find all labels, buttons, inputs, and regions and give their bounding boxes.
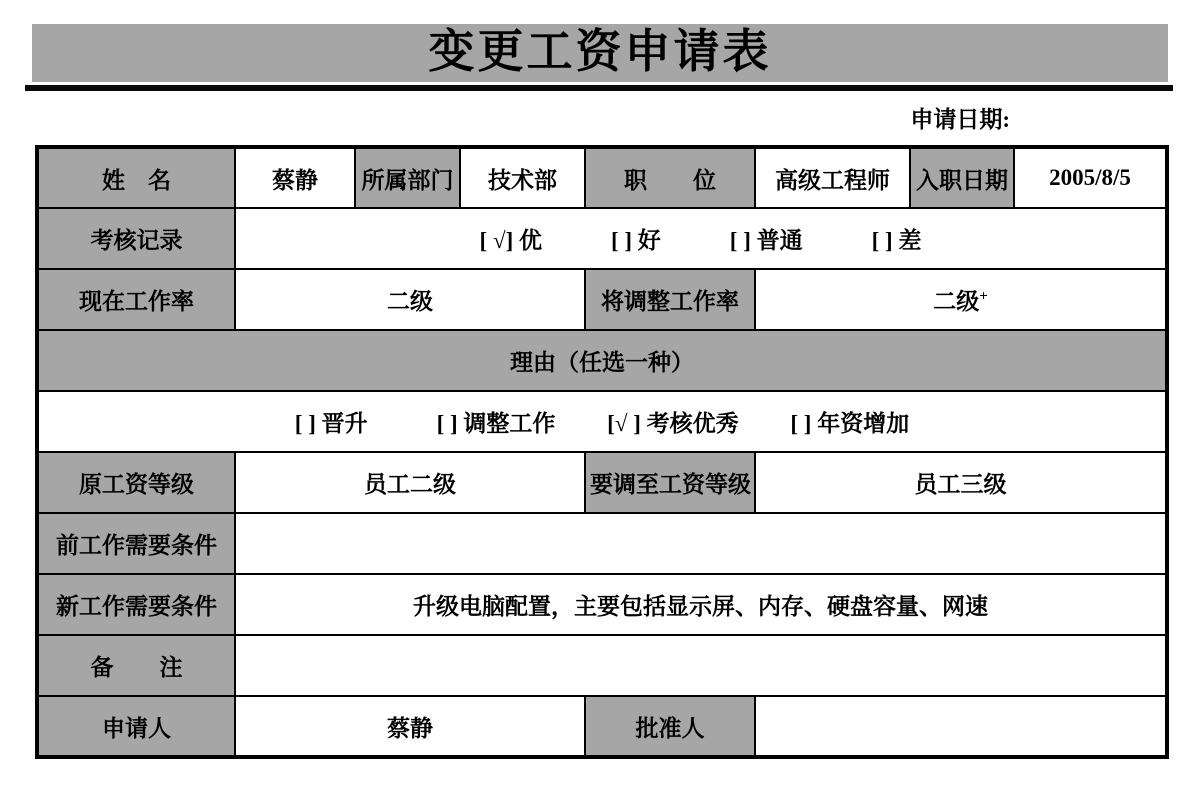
applicant-label-cell: 申请人 (37, 696, 235, 757)
row-prev-conditions: 前工作需要条件 (37, 513, 1167, 574)
row-new-conditions: 新工作需要条件 升级电脑配置，主要包括显示屏、内存、硬盘容量、网速 (37, 574, 1167, 635)
old-grade-label-cell: 原工资等级 (37, 452, 235, 513)
reason-options-cell[interactable]: [ ] 晋升 [ ] 调整工作 [√ ] 考核优秀 [ ] 年资增加 (37, 391, 1167, 452)
review-options-cell[interactable]: [ √] 优 [ ] 好 [ ] 普通 [ ] 差 (235, 208, 1167, 269)
page-title: 变更工资申请表 (429, 26, 772, 77)
row-identity: 姓 名 蔡静 所属部门 技术部 职 位 高级工程师 入职日期 2005/8/5 (37, 147, 1167, 208)
position-value-cell[interactable]: 高级工程师 (755, 147, 910, 208)
hire-date-label-cell: 入职日期 (910, 147, 1014, 208)
name-value-cell[interactable]: 蔡静 (235, 147, 355, 208)
new-grade-label-cell: 要调至工资等级 (585, 452, 755, 513)
adjusted-rate-superscript: + (979, 288, 988, 304)
adjusted-rate-label-cell: 将调整工作率 (585, 269, 755, 330)
applicant-value-cell[interactable]: 蔡静 (235, 696, 585, 757)
name-label-cell: 姓 名 (37, 147, 235, 208)
form-title-banner: 变更工资申请表 (32, 24, 1168, 82)
remarks-value-cell[interactable] (235, 635, 1167, 696)
reason-header-cell: 理由（任选一种） (37, 330, 1167, 391)
current-rate-value-cell[interactable]: 二级 (235, 269, 585, 330)
application-date-label: 申请日期: (910, 101, 1010, 134)
new-conditions-value-cell[interactable]: 升级电脑配置，主要包括显示屏、内存、硬盘容量、网速 (235, 574, 1167, 635)
row-remarks: 备 注 (37, 635, 1167, 696)
new-grade-value-cell[interactable]: 员工三级 (755, 452, 1167, 513)
new-conditions-label-cell: 新工作需要条件 (37, 574, 235, 635)
department-label-cell: 所属部门 (355, 147, 460, 208)
approver-label-cell: 批准人 (585, 696, 755, 757)
row-reason-options: [ ] 晋升 [ ] 调整工作 [√ ] 考核优秀 [ ] 年资增加 (37, 391, 1167, 452)
row-work-rate: 现在工作率 二级 将调整工作率 二级+ (37, 269, 1167, 330)
department-value-cell[interactable]: 技术部 (460, 147, 585, 208)
prev-conditions-label-cell: 前工作需要条件 (37, 513, 235, 574)
prev-conditions-value-cell[interactable] (235, 513, 1167, 574)
approver-value-cell[interactable] (755, 696, 1167, 757)
hire-date-value-cell[interactable]: 2005/8/5 (1014, 147, 1167, 208)
salary-change-form-table: 姓 名 蔡静 所属部门 技术部 职 位 高级工程师 入职日期 2005/8/5 … (35, 145, 1169, 759)
adjusted-rate-text: 二级 (933, 289, 979, 314)
adjusted-rate-value-cell[interactable]: 二级+ (755, 269, 1167, 330)
review-label-cell: 考核记录 (37, 208, 235, 269)
row-reason-header: 理由（任选一种） (37, 330, 1167, 391)
remarks-label-cell: 备 注 (37, 635, 235, 696)
position-label-cell: 职 位 (585, 147, 755, 208)
current-rate-label-cell: 现在工作率 (37, 269, 235, 330)
row-signatures: 申请人 蔡静 批准人 (37, 696, 1167, 757)
row-salary-grade: 原工资等级 员工二级 要调至工资等级 员工三级 (37, 452, 1167, 513)
old-grade-value-cell[interactable]: 员工二级 (235, 452, 585, 513)
row-review: 考核记录 [ √] 优 [ ] 好 [ ] 普通 [ ] 差 (37, 208, 1167, 269)
title-double-rule (25, 85, 1173, 91)
